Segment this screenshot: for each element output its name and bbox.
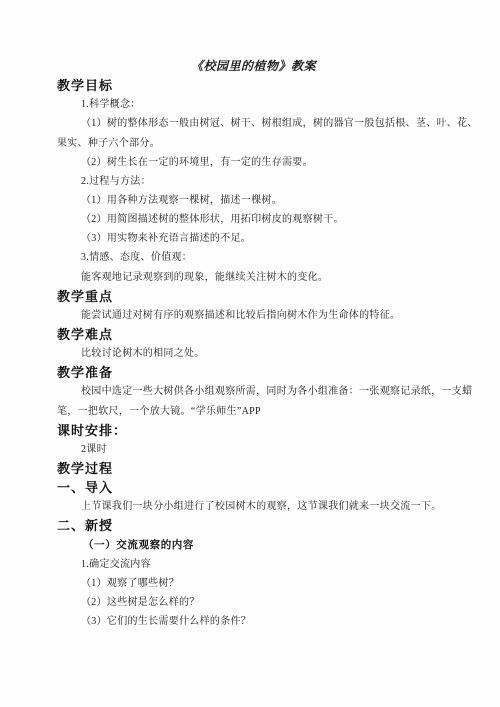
doc-line: 1.确定交流内容 [57, 555, 450, 574]
document-page: 《校园里的植物》教案教学目标1.科学概念：（1）树的整体形态一般由树冠、树干、树… [0, 0, 500, 707]
section-heading: 教学准备 [57, 363, 450, 382]
doc-line: 比较讨论树木的相同之处。 [57, 344, 450, 363]
section-heading: 教学目标 [57, 76, 450, 95]
doc-line: 能客观地记录观察到的现象，能继续关注树木的变化。 [57, 268, 450, 287]
doc-line: 上节课我们一块分小组进行了校园树木的观察，这节课我们就来一块交流一下。 [57, 497, 450, 516]
doc-line: （2）树生长在一定的环境里，有一定的生存需要。 [57, 153, 450, 172]
doc-line: （2）用简图描述树的整体形状，用拓印树皮的观察树干。 [57, 210, 450, 229]
sub-heading: （一）交流观察的内容 [57, 536, 450, 555]
doc-line: 能尝试通过对树有序的观察描述和比较后指向树木作为生命体的特征。 [57, 306, 450, 325]
doc-title: 《校园里的植物》教案 [57, 57, 450, 76]
section-heading: 一、导入 [57, 478, 450, 497]
doc-line: 校园中选定一些大树供各小组观察所需，同时为各小组准备：一张观察记录纸，一支蜡 [57, 382, 450, 401]
doc-line: （2）这些树是怎么样的？ [57, 593, 450, 612]
doc-line: （3）它们的生长需要什么样的条件？ [57, 612, 450, 631]
section-heading: 二、新授 [57, 516, 450, 535]
doc-line: 2.过程与方法： [57, 172, 450, 191]
doc-line: （1）用各种方法观察一棵树，描述一棵树。 [57, 191, 450, 210]
doc-line: 1.科学概念： [57, 95, 450, 114]
doc-line: 笔，一把软尺，一个放大镜。“学乐师生”APP [57, 402, 450, 421]
doc-line: 果实、种子六个部分。 [57, 134, 450, 153]
section-heading: 教学难点 [57, 325, 450, 344]
doc-line: 2课时 [57, 440, 450, 459]
doc-line: （1）树的整体形态一般由树冠、树干、树根组成，树的器官一般包括根、茎、叶、花、 [57, 114, 450, 133]
doc-line: 3.情感、态度、价值观： [57, 248, 450, 267]
section-heading: 教学重点 [57, 287, 450, 306]
section-heading: 课时安排： [57, 421, 450, 440]
doc-line: （3）用实物来补充语言描述的不足。 [57, 229, 450, 248]
section-heading: 教学过程 [57, 459, 450, 478]
doc-line: （1）观察了哪些树？ [57, 574, 450, 593]
